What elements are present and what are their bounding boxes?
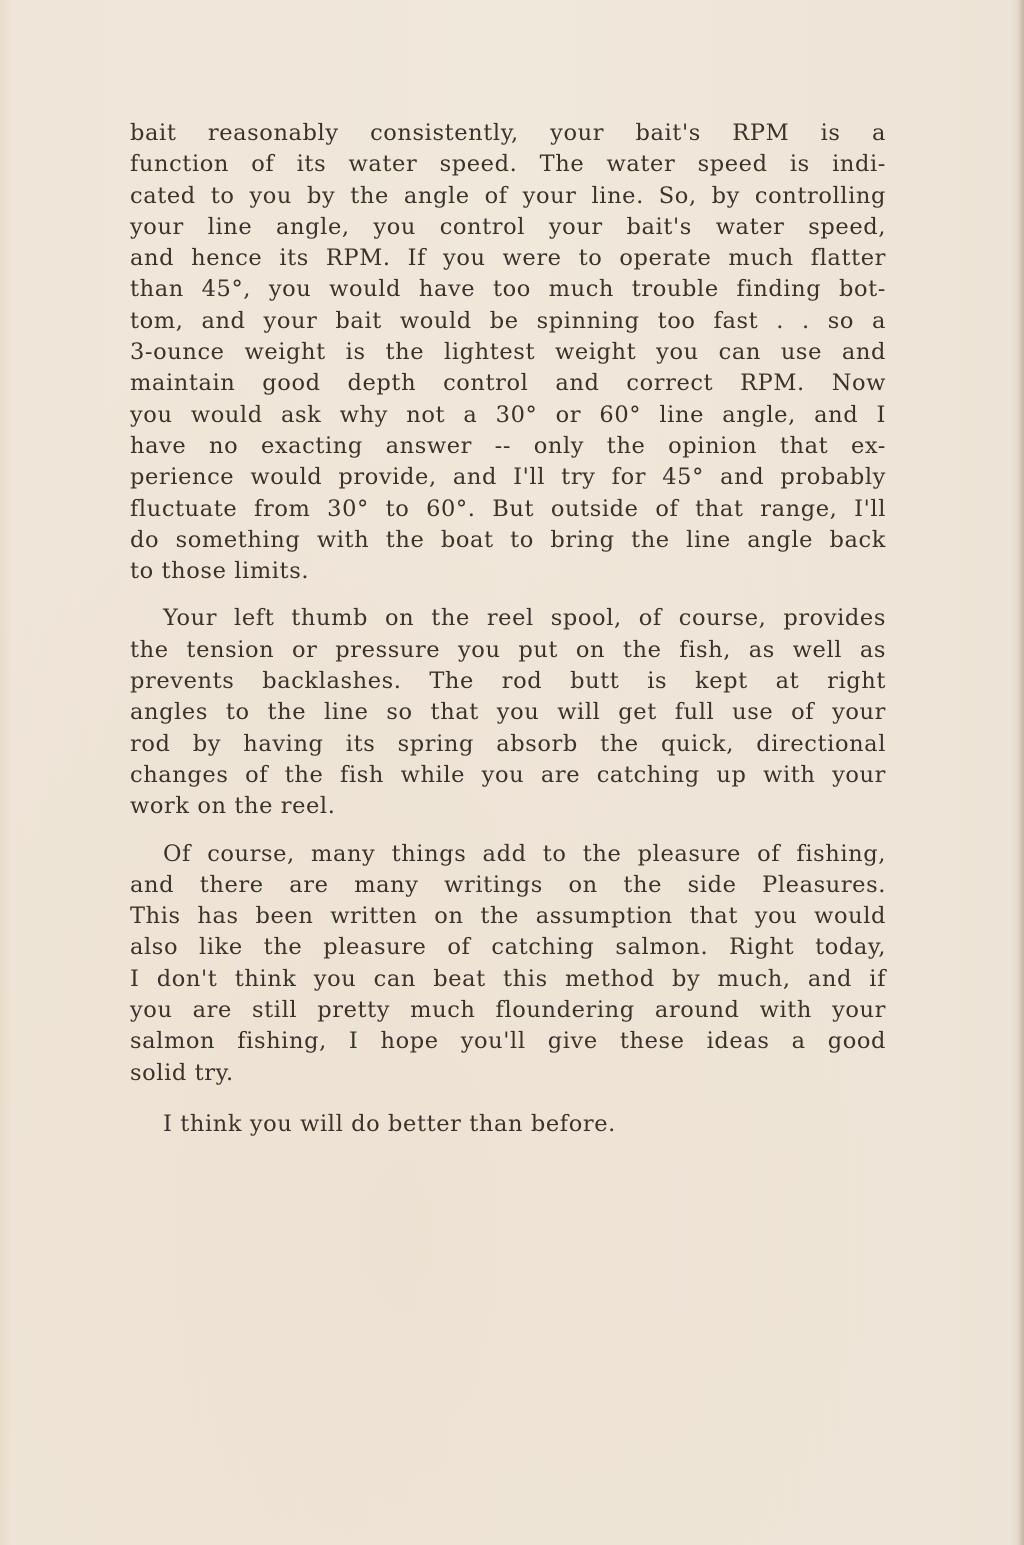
text-line: have no exacting answer -- only the opin… [130, 431, 886, 462]
text-line: bait reasonably consistently, your bait'… [130, 118, 886, 149]
paragraph: Your left thumb on the reel spool, of co… [130, 603, 886, 822]
text-line: function of its water speed. The water s… [130, 149, 886, 180]
text-line: prevents backlashes. The rod butt is kep… [130, 666, 886, 697]
text-line: angles to the line so that you will get … [130, 697, 886, 728]
text-line: tom, and your bait would be spinning too… [130, 306, 886, 337]
text-line: your line angle, you control your bait's… [130, 212, 886, 243]
text-line: I don't think you can beat this method b… [130, 964, 886, 995]
text-line: salmon fishing, I hope you'll give these… [130, 1026, 886, 1057]
text-line: than 45°, you would have too much troubl… [130, 274, 886, 305]
text-line: I think you will do better than before. [130, 1109, 886, 1140]
paragraph: Of course, many things add to the pleasu… [130, 839, 886, 1089]
text-line: perience would provide, and I'll try for… [130, 462, 886, 493]
paragraph: I think you will do better than before. [130, 1109, 886, 1140]
text-line: 3-ounce weight is the lightest weight yo… [130, 337, 886, 368]
text-line: you are still pretty much floundering ar… [130, 995, 886, 1026]
text-line: solid try. [130, 1058, 886, 1089]
paragraph: bait reasonably consistently, your bait'… [130, 118, 886, 587]
text-line: This has been written on the assumption … [130, 901, 886, 932]
scanned-page: bait reasonably consistently, your bait'… [0, 0, 1024, 1545]
body-text: bait reasonably consistently, your bait'… [130, 118, 886, 1156]
text-line: you would ask why not a 30° or 60° line … [130, 400, 886, 431]
text-line: and hence its RPM. If you were to operat… [130, 243, 886, 274]
text-line: the tension or pressure you put on the f… [130, 635, 886, 666]
text-line: Your left thumb on the reel spool, of co… [130, 603, 886, 634]
text-line: work on the reel. [130, 791, 886, 822]
text-line: maintain good depth control and correct … [130, 368, 886, 399]
text-line: changes of the fish while you are catchi… [130, 760, 886, 791]
text-line: also like the pleasure of catching salmo… [130, 932, 886, 963]
text-line: Of course, many things add to the pleasu… [130, 839, 886, 870]
text-line: cated to you by the angle of your line. … [130, 181, 886, 212]
text-line: and there are many writings on the side … [130, 870, 886, 901]
text-line: to those limits. [130, 556, 886, 587]
text-line: rod by having its spring absorb the quic… [130, 729, 886, 760]
page-edge-shadow [1018, 0, 1024, 1545]
text-line: fluctuate from 30° to 60°. But outside o… [130, 494, 886, 525]
text-line: do something with the boat to bring the … [130, 525, 886, 556]
